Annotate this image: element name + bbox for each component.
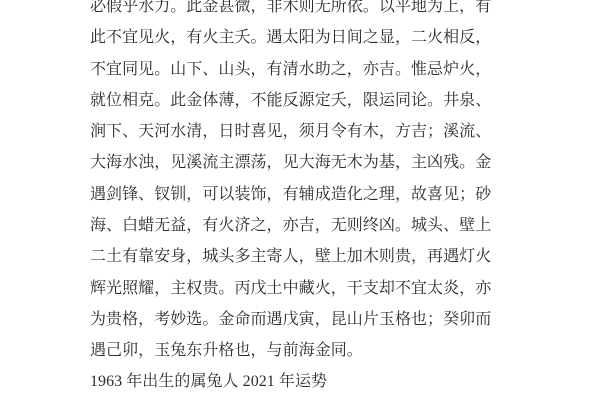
text-line: 此不宜见火，有火主夭。遇太阳为日间之显，二火相反，	[90, 21, 500, 52]
text-line: 必假乎水力。此金甚微，非木则无所依。以平地为上，有	[90, 0, 500, 21]
text-line: 遇己卯，玉兔东升格也，与前海金同。	[90, 334, 500, 365]
text-line: 大海水浊，见溪流主漂荡，见大海无木为基，主凶残。金	[90, 146, 500, 177]
text-line: 涧下、天河水清，日时喜见，须月令有木，方吉；溪流、	[90, 115, 500, 146]
text-line: 辉光照耀，主权贵。丙戊土中藏火，干支却不宜太炎，亦	[90, 272, 500, 303]
text-line: 为贵格，考妙选。金命而遇戊寅，昆山片玉格也；癸卯而	[90, 303, 500, 334]
section-heading: 1963 年出生的属兔人 2021 年运势	[90, 366, 500, 397]
text-line: 不宜同见。山下、山头，有清水助之，亦吉。惟忌炉火，	[90, 53, 500, 84]
text-line: 二土有靠安身，城头多主寄人，壁上加木则贵，再遇灯火	[90, 240, 500, 271]
body-paragraph: 必假乎水力。此金甚微，非木则无所依。以平地为上，有 此不宜见火，有火主夭。遇太阳…	[90, 0, 500, 366]
text-line: 遇剑锋、钗钏，可以装饰，有辅成造化之理，故喜见；砂	[90, 178, 500, 209]
text-line: 就位相克。此金体薄，不能反源定夭，限运同论。井泉、	[90, 84, 500, 115]
document-page: 必假乎水力。此金甚微，非木则无所依。以平地为上，有 此不宜见火，有火主夭。遇太阳…	[90, 0, 500, 397]
text-line: 海、白蜡无益，有火济之，亦吉，无则终凶。城头、壁上	[90, 209, 500, 240]
